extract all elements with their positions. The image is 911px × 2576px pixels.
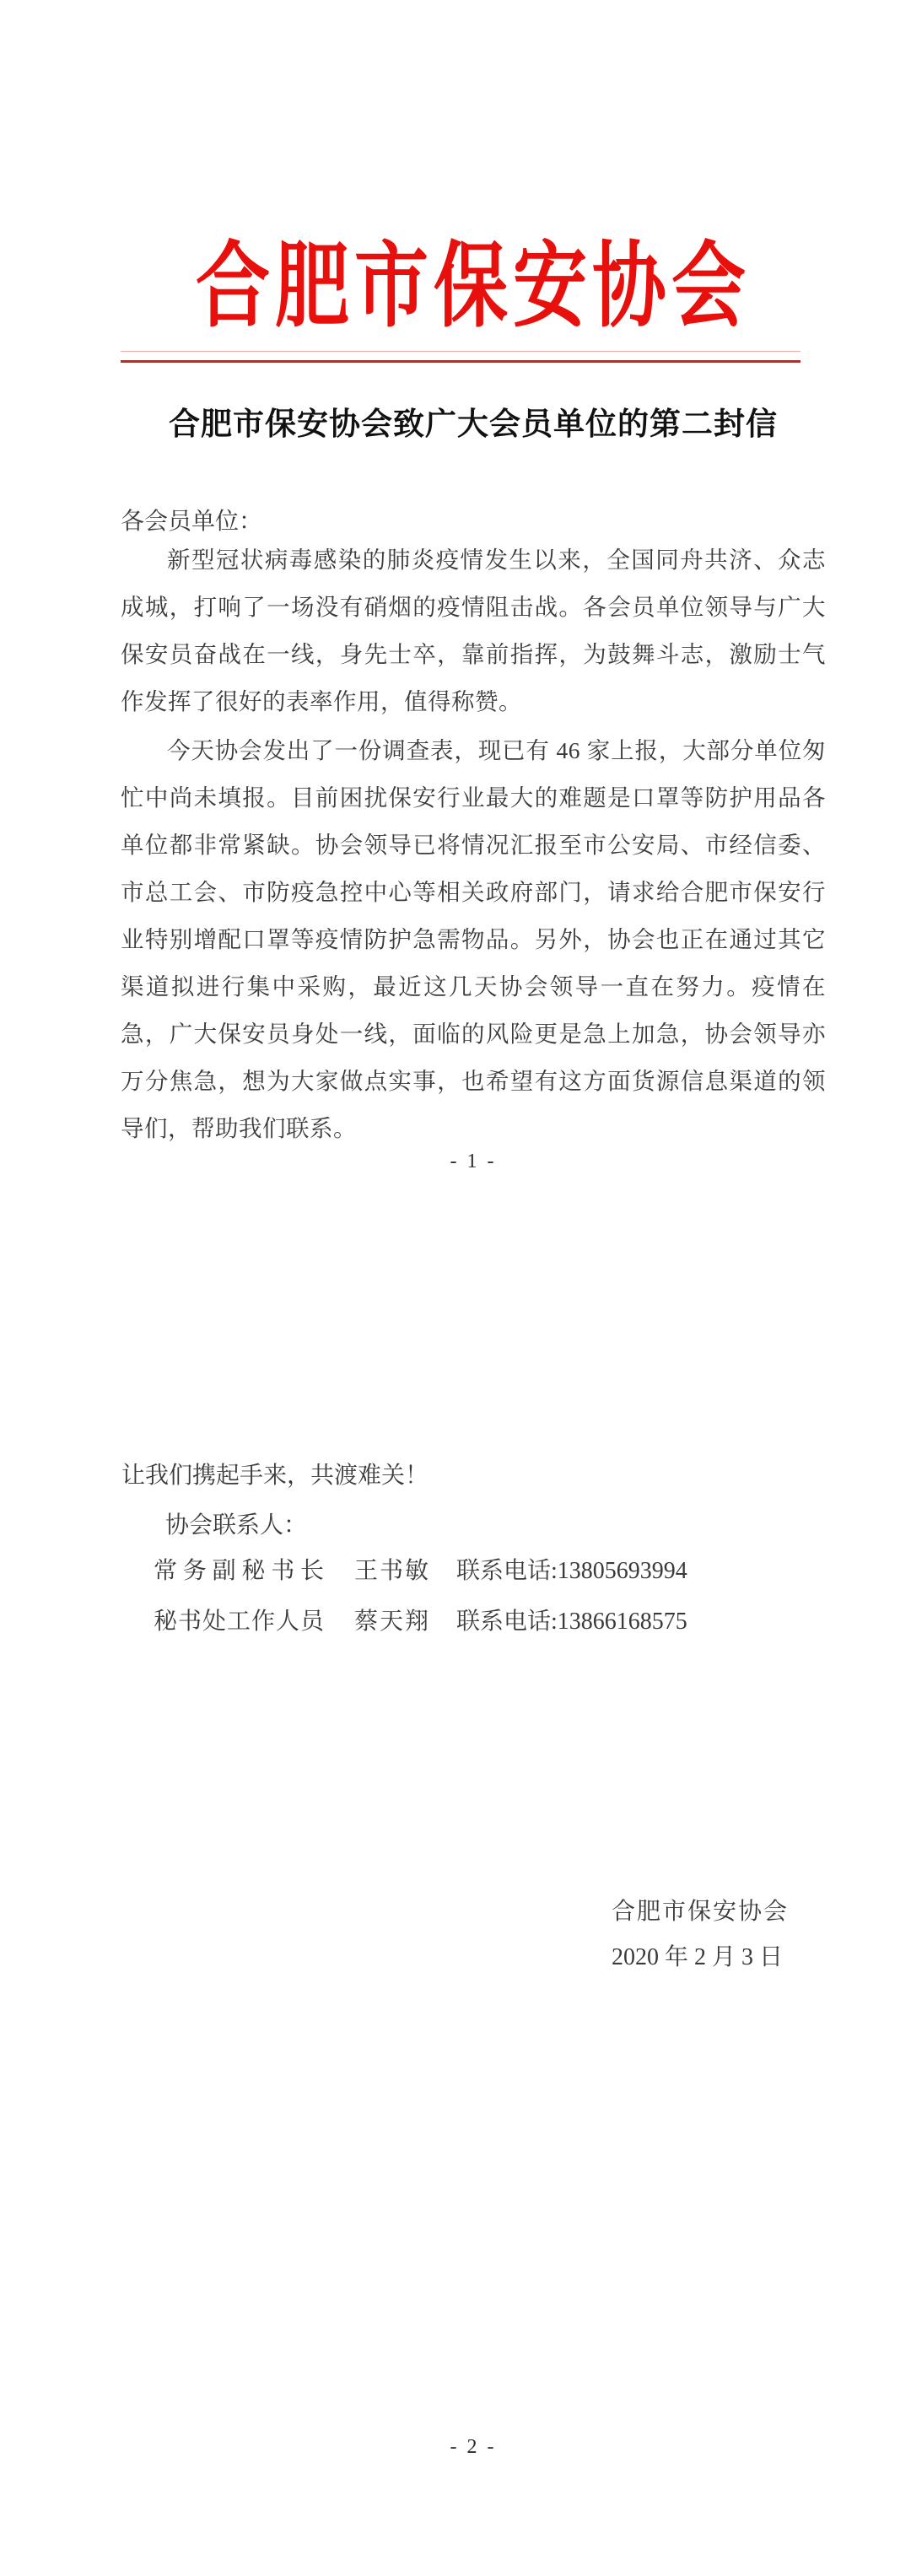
signature-date: 2020 年 2 月 3 日 <box>612 1938 783 1972</box>
contact-name: 王书敏 <box>354 1552 430 1586</box>
salutation-line: 各会员单位： <box>121 503 262 536</box>
signature-org: 合肥市保安协会 <box>612 1893 789 1927</box>
contact-name: 蔡天翔 <box>354 1603 430 1636</box>
body-paragraph-2: 今天协会发出了一份调查表，现已有 46 家上报，大部分单位匆忙中尚未填报。目前困… <box>121 727 826 1152</box>
letterhead-red-rule <box>121 351 800 363</box>
page-number-2: - 2 - <box>121 2436 826 2459</box>
contact-heading: 协会联系人： <box>165 1506 307 1540</box>
contact-row: 秘书处工作人员 蔡天翔 联系电话:13866168575 <box>0 1603 911 1638</box>
body-paragraph-1: 新型冠状病毒感染的肺炎疫情发生以来，全国同舟共济、众志成城，打响了一场没有硝烟的… <box>121 536 826 725</box>
letter-document-page: 合肥市保安协会 合肥市保安协会致广大会员单位的第二封信 各会员单位： 新型冠状病… <box>0 0 911 2576</box>
closing-line: 让我们携起手来，共渡难关！ <box>121 1457 429 1490</box>
contact-row: 常务副秘书长 王书敏 联系电话:13805693994 <box>0 1552 911 1587</box>
contact-phone: 联系电话:13866168575 <box>456 1603 687 1636</box>
contact-phone: 联系电话:13805693994 <box>456 1552 687 1586</box>
page-number-1: - 1 - <box>121 1151 826 1173</box>
letterhead-org-title: 合肥市保安协会 <box>121 242 826 335</box>
contact-role: 秘书处工作人员 <box>154 1603 324 1636</box>
document-title: 合肥市保安协会致广大会员单位的第二封信 <box>121 398 826 444</box>
contact-role: 常务副秘书长 <box>154 1552 324 1586</box>
